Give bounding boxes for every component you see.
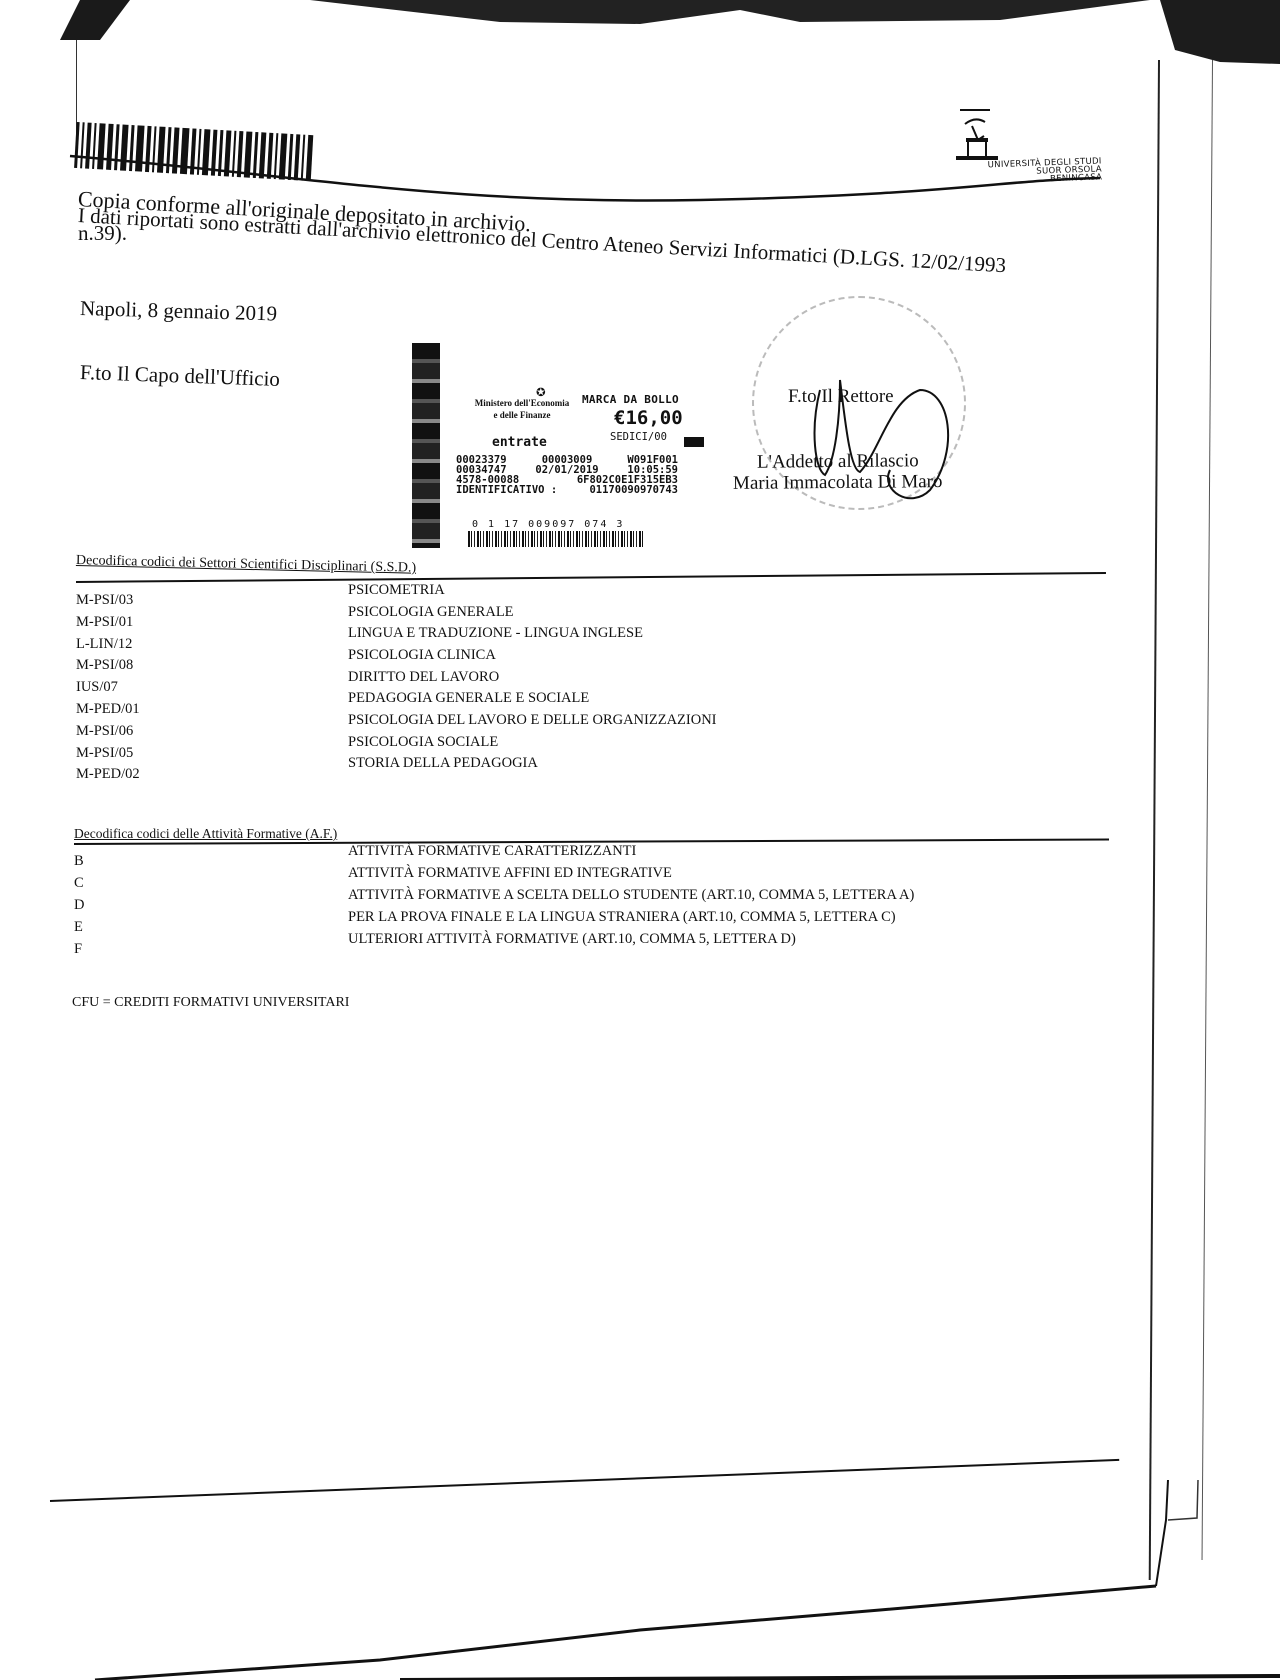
row-code: M-PSI/03: [76, 592, 133, 609]
ministry-line-2: e delle Finanze: [462, 409, 582, 421]
row-code: L-LIN/12: [76, 636, 132, 653]
row-description: PSICOLOGIA GENERALE: [348, 604, 514, 621]
row-description: PSICOLOGIA SOCIALE: [348, 734, 498, 751]
ssd-section-title: Decodifica codici dei Settori Scientific…: [76, 553, 416, 577]
scan-shadow-top: [0, 0, 1280, 70]
ministry-line-1: Ministero dell'Economia: [462, 397, 582, 409]
row-code: IUS/07: [76, 679, 118, 696]
stamp-amount: €16,00: [614, 407, 683, 429]
row-description: DIRITTO DEL LAVORO: [348, 669, 499, 686]
sheet-bottom-edges: [0, 1480, 1280, 1680]
stamp-security-strip: [412, 343, 440, 548]
row-description: ULTERIORI ATTIVITÀ FORMATIVE (ART.10, CO…: [348, 931, 796, 948]
stamp-barcode-number: 0 1 17 009097 074 3: [472, 519, 624, 530]
document-barcode: [74, 98, 367, 184]
row-code: M-PSI/08: [76, 657, 133, 674]
row-description: PSICOLOGIA CLINICA: [348, 647, 496, 664]
university-name: UNIVERSITÀ DEGLI STUDI SUOR ORSOLA BENIN…: [952, 157, 1103, 186]
row-code: M-PSI/06: [76, 723, 133, 740]
row-code: B: [74, 853, 84, 870]
row-description: STORIA DELLA PEDAGOGIA: [348, 755, 538, 772]
stamp-code-row: IDENTIFICATIVO :01170090970743: [456, 485, 678, 495]
row-code: M-PSI/01: [76, 614, 133, 631]
stamp-body: ✪ Ministero dell'Economia e delle Finanz…: [452, 353, 702, 543]
stamp-barcode: [468, 531, 644, 547]
intro-line-3: n.39).: [78, 224, 127, 242]
stamp-amount-words: SEDICI/00: [610, 431, 667, 443]
stamp-ministry: Ministero dell'Economia e delle Finanze: [462, 397, 582, 421]
row-description: PEDAGOGIA GENERALE E SOCIALE: [348, 690, 589, 707]
row-description: PSICOMETRIA: [348, 582, 445, 599]
row-description: ATTIVITÀ FORMATIVE CARATTERIZZANTI: [348, 843, 636, 860]
row-code: F: [74, 941, 82, 958]
sheet-edge-right: [1149, 60, 1160, 1580]
row-description: LINGUA E TRADUZIONE - LINGUA INGLESE: [348, 625, 643, 642]
issuer-name: Maria Immacolata Di Maro: [733, 471, 943, 495]
rector-signature-label: F.to Il Rettore: [788, 386, 894, 408]
stamp-code: IDENTIFICATIVO :: [456, 485, 557, 495]
row-description: ATTIVITÀ FORMATIVE AFFINI ED INTEGRATIVE: [348, 865, 672, 882]
office-signature: F.to Il Capo dell'Ufficio: [80, 360, 281, 392]
stamp-redaction-block: [684, 437, 704, 447]
place-date: Napoli, 8 gennaio 2019: [80, 296, 278, 326]
row-description: PER LA PROVA FINALE E LA LINGUA STRANIER…: [348, 909, 896, 926]
row-code: M-PSI/05: [76, 745, 133, 762]
af-section-title: Decodifica codici delle Attività Formati…: [74, 826, 337, 842]
row-code: M-PED/01: [76, 701, 140, 718]
row-description: PSICOLOGIA DEL LAVORO E DELLE ORGANIZZAZ…: [348, 712, 717, 729]
sheet-edge-back: [1202, 60, 1213, 1560]
row-code: D: [74, 897, 84, 914]
intro-line-2: I dati riportati sono estratti dall'arch…: [78, 206, 1007, 274]
row-description: ATTIVITÀ FORMATIVE A SCELTA DELLO STUDEN…: [348, 887, 914, 904]
revenue-stamp: ✪ Ministero dell'Economia e delle Finanz…: [412, 343, 712, 553]
row-code: E: [74, 919, 83, 936]
issuer-role: L'Addetto al Rilascio: [757, 450, 919, 473]
stamp-codes: 0002337900003009W091F0010003474702/01/20…: [456, 455, 678, 495]
stamp-title: MARCA DA BOLLO: [582, 393, 679, 406]
ssd-section-rule: [76, 572, 1106, 583]
row-code: M-PED/02: [76, 766, 140, 783]
stamp-code: 01170090970743: [589, 485, 678, 495]
row-code: C: [74, 875, 84, 892]
stamp-agency: entrate: [492, 435, 547, 450]
cfu-note: CFU = CREDITI FORMATIVI UNIVERSITARI: [72, 995, 349, 1011]
